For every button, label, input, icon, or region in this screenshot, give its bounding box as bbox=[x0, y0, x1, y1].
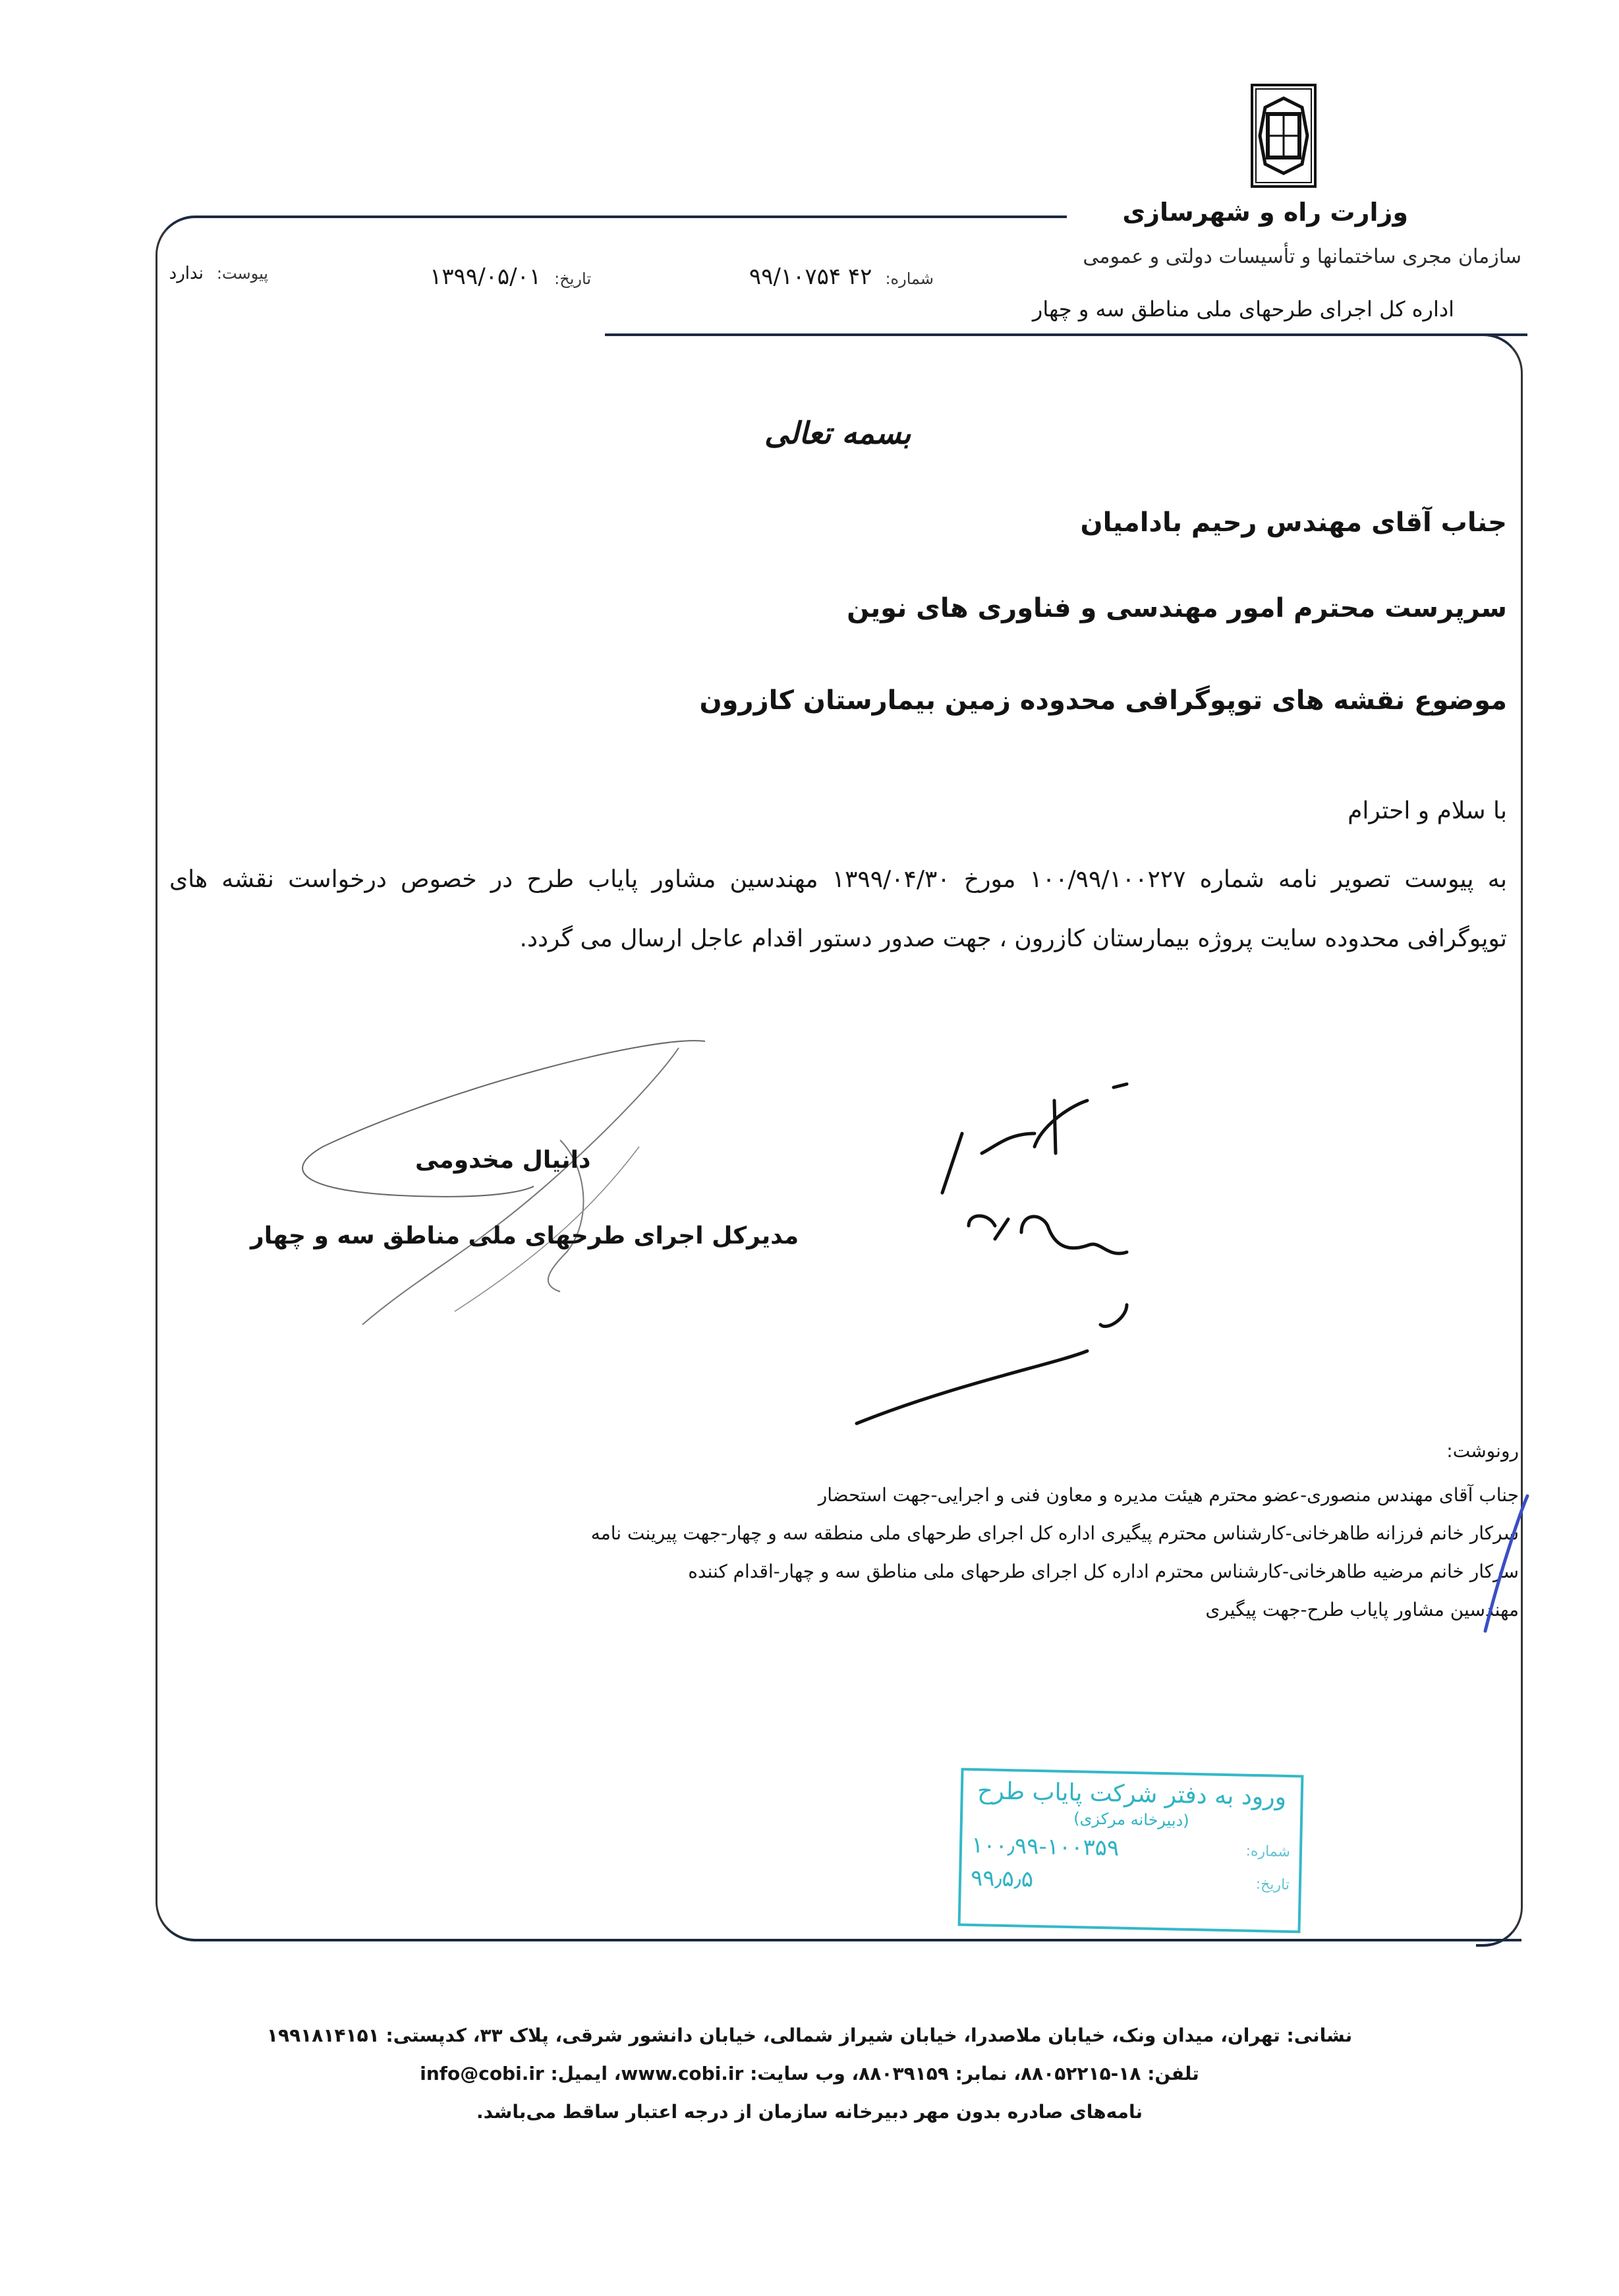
attachment-value: ندارد bbox=[169, 264, 204, 283]
attachment-label: پیوست: bbox=[217, 264, 268, 283]
greeting: با سلام و احترام bbox=[1348, 797, 1507, 824]
footer: نشانی: تهران، میدان ونک، خیابان ملاصدرا،… bbox=[0, 2017, 1619, 2131]
cc-item: سرکار خانم فرزانه طاهرخانی-کارشناس محترم… bbox=[591, 1514, 1519, 1553]
cc-item: جناب آقای مهندس منصوری-عضو محترم هیئت مد… bbox=[591, 1476, 1519, 1514]
invocation: بسمه تعالی bbox=[764, 415, 911, 451]
receipt-stamp: ورود به دفتر شرکت پایاب طرح (دبیرخانه مر… bbox=[958, 1768, 1304, 1934]
subject: موضوع نقشه های توپوگرافی محدوده زمین بیم… bbox=[700, 685, 1507, 716]
letter-body: به پیوست تصویر نامه شماره ۱۰۰/۹۹/۱۰۰۲۲۷ … bbox=[169, 850, 1507, 969]
window-emblem-icon bbox=[1251, 84, 1317, 188]
letter-date: تاریخ: ۱۳۹۹/۰۵/۰۱ bbox=[430, 264, 591, 290]
stamp-subtitle: (دبیرخانه مرکزی) bbox=[972, 1807, 1291, 1832]
footer-contact: تلفن: ۱۸-۸۸۰۵۲۲۱۵، نمابر: ۸۸۰۳۹۱۵۹، وب س… bbox=[0, 2055, 1619, 2093]
cc-list: جناب آقای مهندس منصوری-عضو محترم هیئت مد… bbox=[591, 1476, 1519, 1629]
stamp-date-row: تاریخ: ۹۹٫۵٫۵ bbox=[971, 1865, 1290, 1898]
recipient-position: سرپرست محترم امور مهندسی و فناوری های نو… bbox=[847, 593, 1507, 623]
footer-notice: نامه‌های صادره بدون مهر دبیرخانه سازمان … bbox=[0, 2093, 1619, 2131]
date-label: تاریخ: bbox=[554, 270, 591, 288]
stamp-title: ورود به دفتر شرکت پایاب طرح bbox=[972, 1777, 1292, 1811]
stamp-date-value: ۹۹٫۵٫۵ bbox=[971, 1865, 1034, 1893]
letter-number: شماره: ۴۲ ۹۹/۱۰۷۵۴ bbox=[749, 264, 934, 290]
cc-item: سرکار خانم مرضیه طاهرخانی-کارشناس محترم … bbox=[591, 1553, 1519, 1591]
recipient: جناب آقای مهندس رحیم بادامیان bbox=[1080, 507, 1507, 538]
footer-address: نشانی: تهران، میدان ونک، خیابان ملاصدرا،… bbox=[0, 2017, 1619, 2055]
stamp-number-row: شماره: ۱۰۰٫۹۹-۱۰۰۳۵۹ bbox=[971, 1832, 1291, 1865]
number-value: ۴۲ ۹۹/۱۰۷۵۴ bbox=[749, 264, 872, 290]
stamp-date-label: تاریخ: bbox=[1256, 1876, 1290, 1893]
number-label: شماره: bbox=[885, 270, 934, 288]
header-spacer bbox=[1067, 198, 1529, 330]
date-value: ۱۳۹۹/۰۵/۰۱ bbox=[430, 264, 541, 290]
stamp-number-value: ۱۰۰٫۹۹-۱۰۰۳۵۹ bbox=[971, 1832, 1120, 1862]
handwritten-annotation-icon bbox=[758, 1054, 1219, 1450]
stamp-number-label: شماره: bbox=[1245, 1843, 1290, 1860]
blue-pen-check-icon bbox=[1483, 1489, 1535, 1648]
frame-border-right bbox=[1476, 333, 1523, 1947]
signer-title: مدیرکل اجرای طرحهای ملی مناطق سه و چهار bbox=[250, 1222, 799, 1249]
cc-item: مهندسین مشاور پایاب طرح-جهت پیگیری bbox=[591, 1591, 1519, 1629]
frame-border-bottom bbox=[156, 1766, 1521, 1941]
frame-border-header-line bbox=[605, 333, 1527, 336]
letter-attachment: پیوست: ندارد bbox=[169, 264, 268, 283]
signer-name: دانیال مخدومی bbox=[415, 1147, 590, 1174]
signature-scribble-icon bbox=[283, 1035, 745, 1331]
cc-label: رونوشت: bbox=[1446, 1440, 1519, 1462]
